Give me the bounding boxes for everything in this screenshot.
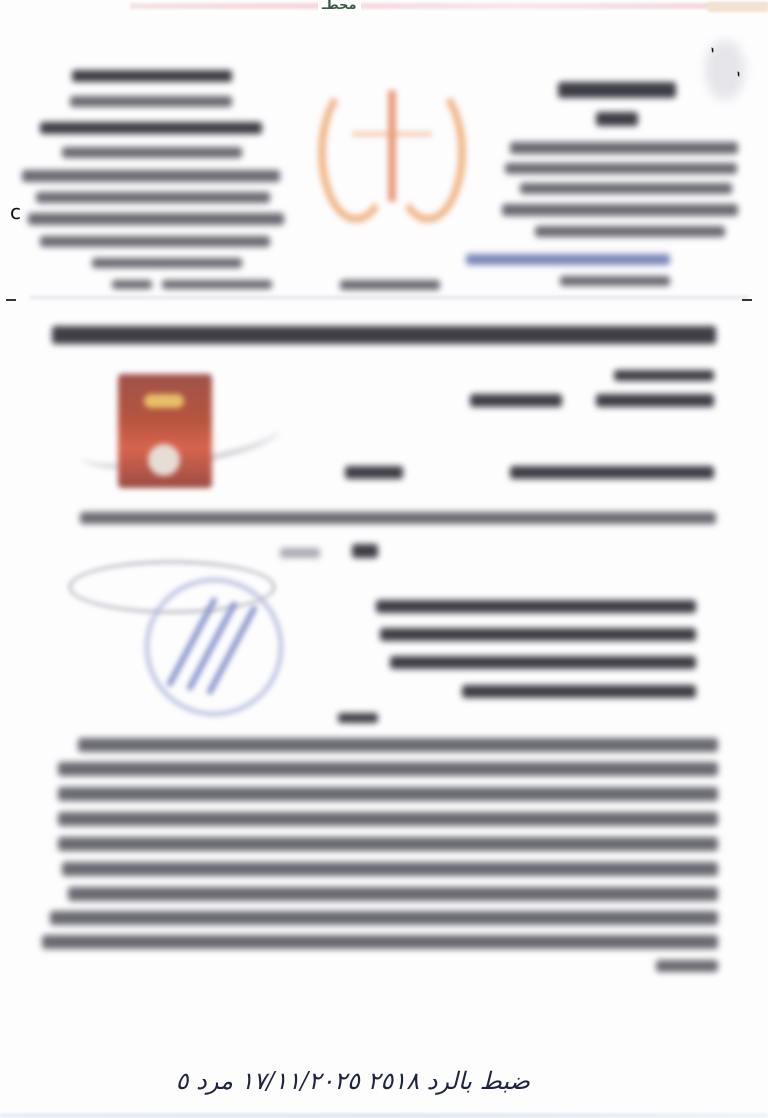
bottom-edge-strip: [0, 1113, 768, 1118]
official-stamp: [145, 578, 283, 716]
letterhead-english: [0, 0, 300, 300]
margin-tick: [6, 299, 16, 301]
handwritten-annotation: ضبط بالرد ٢٥١٨ ١٧/١١/٢٠٢٥ مرد ٥: [170, 1067, 530, 1107]
revenue-stamp: [118, 374, 212, 488]
emblem-logo: [312, 72, 472, 222]
header-divider: [30, 296, 748, 299]
margin-tick: [742, 299, 752, 301]
top-text-fragment: محطـ: [318, 0, 361, 13]
top-edge-corner: [708, 2, 768, 12]
